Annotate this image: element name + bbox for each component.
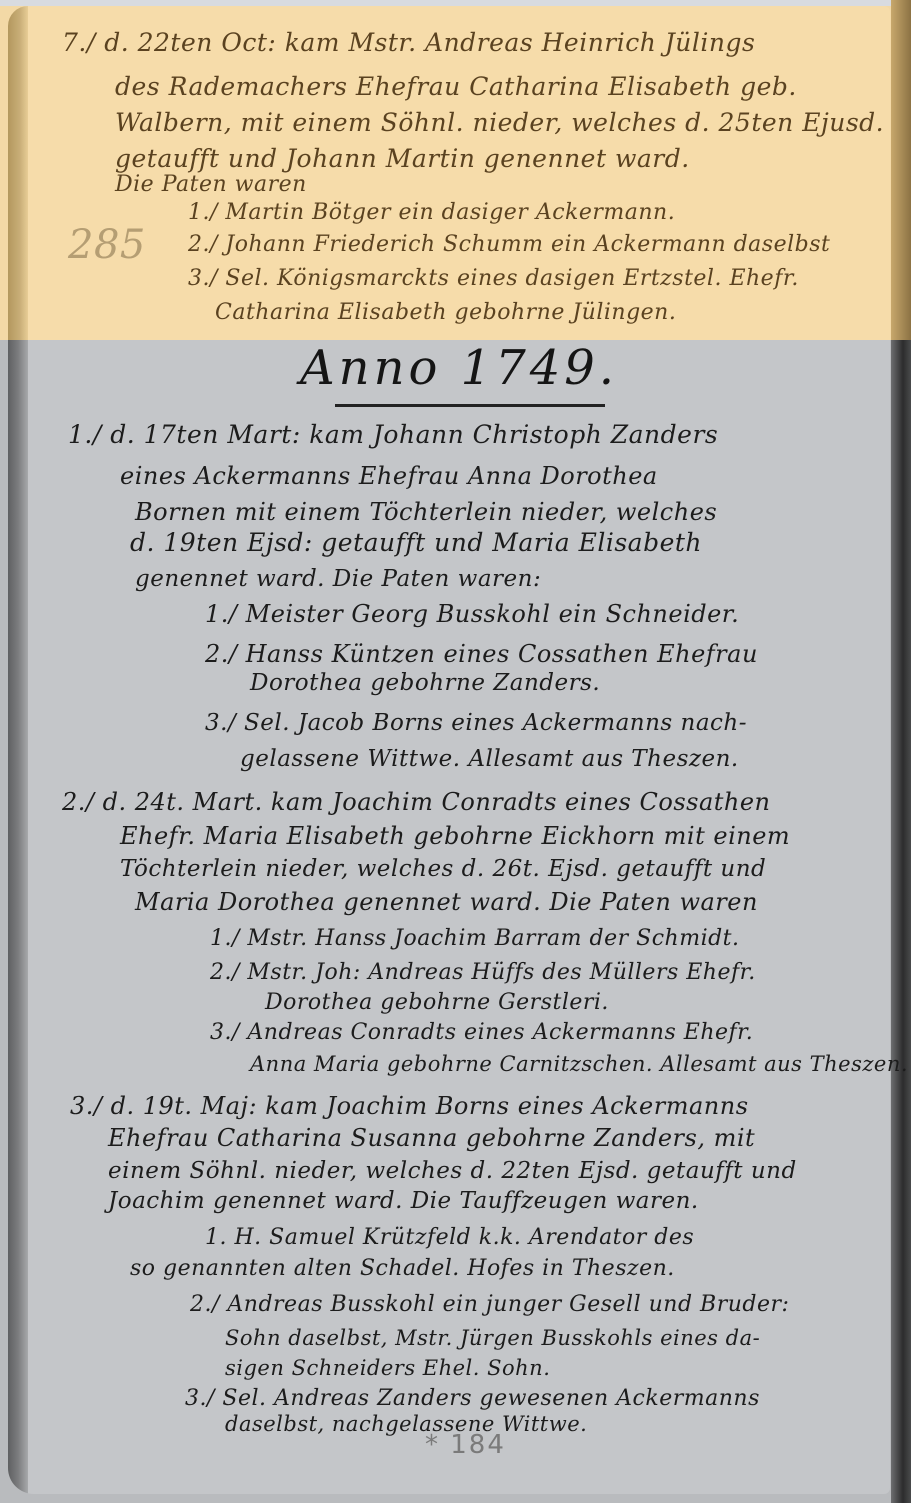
margin-folio-number: 285 — [68, 222, 146, 268]
entry-2-godparent-2-cont: Dorothea gebohrne Gerstleri. — [265, 990, 609, 1015]
entry-3-godparent-2-cont: Sohn daselbst, Mstr. Jürgen Busskohls ei… — [225, 1326, 760, 1350]
entry-1-godparent-2: 2./ Hanss Küntzen eines Cossathen Ehefra… — [205, 640, 758, 668]
entry-7-line-4: getaufft und Johann Martin genennet ward… — [115, 144, 690, 173]
entry-3-godparent-2-cont-2: sigen Schneiders Ehel. Sohn. — [225, 1356, 550, 1380]
entry-3-godparent-3-cont: daselbst, nachgelassene Wittwe. — [225, 1412, 587, 1436]
entry-1-godparent-3-cont: gelassene Wittwe. Allesamt aus Theszen. — [240, 746, 739, 772]
entry-1-line-1: 1./ d. 17ten Mart: kam Johann Christoph … — [68, 420, 718, 449]
entry-3-line-1: 3./ d. 19t. Maj: kam Joachim Borns eines… — [70, 1092, 749, 1120]
entry-1-godparent-1: 1./ Meister Georg Busskohl ein Schneider… — [205, 600, 739, 628]
entry-2-line-1: 2./ d. 24t. Mart. kam Joachim Conradts e… — [62, 788, 771, 816]
archive-stamp-number: * 184 — [425, 1430, 506, 1460]
entry-3-godparent-1-cont: so genannten alten Schadel. Hofes in The… — [130, 1256, 675, 1281]
entry-2-godparent-1: 1./ Mstr. Hanss Joachim Barram der Schmi… — [210, 926, 740, 951]
entry-7-godparent-3-cont: Catharina Elisabeth gebohrne Jülingen. — [215, 300, 676, 325]
entry-7-line-5: Die Paten waren — [115, 172, 307, 197]
entry-1-line-3: Bornen mit einem Töchterlein nieder, wel… — [135, 498, 717, 526]
entry-3-godparent-1: 1. H. Samuel Krützfeld k.k. Arendator de… — [205, 1225, 694, 1250]
entry-3-line-4: Joachim genennet ward. Die Tauffzeugen w… — [108, 1188, 699, 1214]
entry-3-godparent-2: 2./ Andreas Busskohl ein junger Gesell u… — [190, 1292, 789, 1317]
entry-1-line-4: d. 19ten Ejsd: getaufft und Maria Elisab… — [130, 528, 702, 557]
entry-2-godparent-3-cont: Anna Maria gebohrne Carnitzschen. Allesa… — [250, 1052, 908, 1076]
highlight-right-edge — [891, 0, 911, 340]
entry-2-godparent-3: 3./ Andreas Conradts eines Ackermanns Eh… — [210, 1020, 753, 1045]
entry-7-line-1: 7./ d. 22ten Oct: kam Mstr. Andreas Hein… — [62, 28, 755, 57]
scanned-register-page: 7./ d. 22ten Oct: kam Mstr. Andreas Hein… — [0, 0, 911, 1503]
entry-7-godparent-2: 2./ Johann Friederich Schumm ein Ackerma… — [188, 232, 830, 257]
highlight-binding — [8, 6, 28, 340]
entry-2-line-3: Töchterlein nieder, welches d. 26t. Ejsd… — [120, 856, 766, 882]
heading-underline — [335, 404, 605, 407]
entry-2-line-2: Ehefr. Maria Elisabeth gebohrne Eickhorn… — [120, 822, 790, 850]
entry-7-line-3: Walbern, mit einem Söhnl. nieder, welche… — [115, 108, 884, 137]
entry-7-line-2: des Rademachers Ehefrau Catharina Elisab… — [115, 72, 797, 101]
entry-3-line-2: Ehefrau Catharina Susanna gebohrne Zande… — [108, 1124, 755, 1152]
entry-7-godparent-3: 3./ Sel. Königsmarckts eines dasigen Ert… — [188, 266, 799, 291]
entry-2-line-4: Maria Dorothea genennet ward. Die Paten … — [135, 888, 758, 916]
entry-1-godparent-3: 3./ Sel. Jacob Borns eines Ackermanns na… — [205, 710, 747, 736]
entry-3-line-3: einem Söhnl. nieder, welches d. 22ten Ej… — [108, 1158, 797, 1184]
entry-3-godparent-3: 3./ Sel. Andreas Zanders gewesenen Acker… — [185, 1386, 760, 1411]
entry-1-line-2: eines Ackermanns Ehefrau Anna Dorothea — [120, 462, 658, 490]
entry-1-godparent-2-cont: Dorothea gebohrne Zanders. — [250, 670, 600, 696]
entry-1-line-5: genennet ward. Die Paten waren: — [135, 566, 541, 592]
year-heading: Anno 1749. — [300, 340, 618, 396]
entry-7-godparent-1: 1./ Martin Bötger ein dasiger Ackermann. — [188, 200, 675, 225]
entry-2-godparent-2: 2./ Mstr. Joh: Andreas Hüffs des Müllers… — [210, 960, 756, 985]
